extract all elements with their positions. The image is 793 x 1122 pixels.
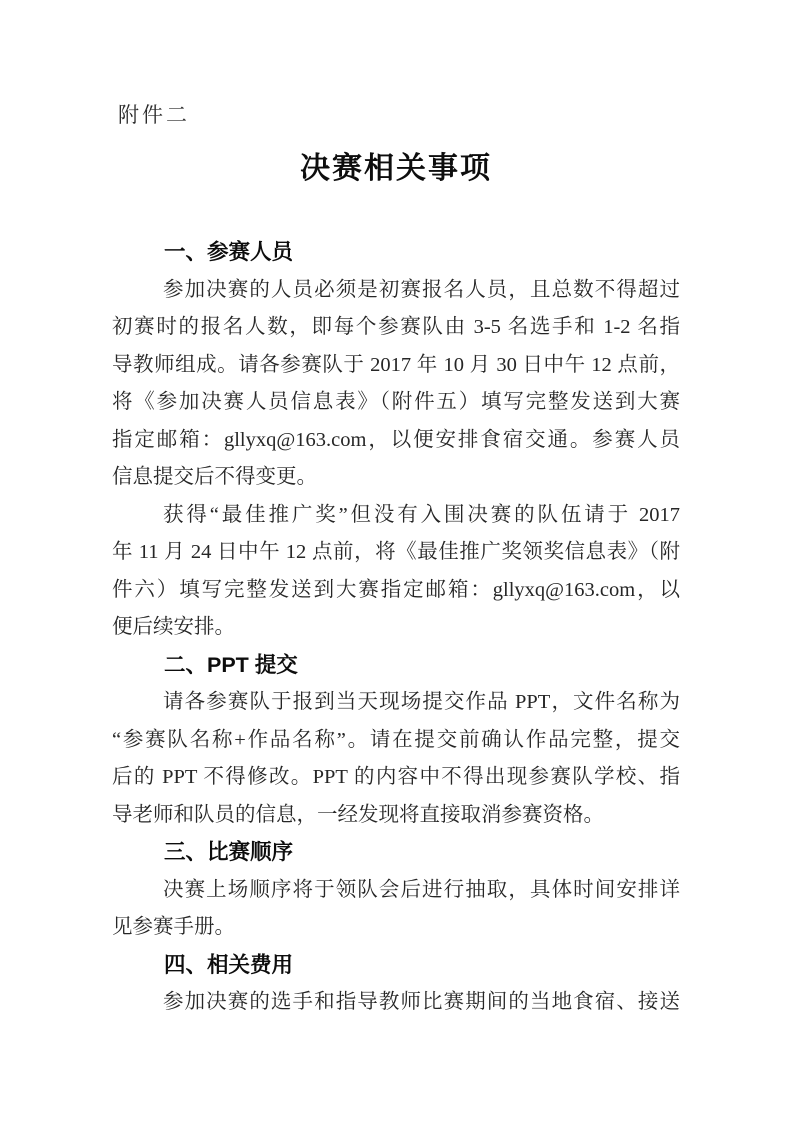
paragraph-line: 见参赛手册。 [112,909,680,947]
paragraph-line: “参赛队名称+作品名称”。请在提交前确认作品完整，提交 [112,722,680,760]
page-title: 决赛相关事项 [112,148,680,190]
paragraph-line: 获得“最佳推广奖”但没有入围决赛的队伍请于 2017 [112,497,680,535]
paragraph-line: 初赛时的报名人数，即每个参赛队由 3-5 名选手和 1-2 名指 [112,309,680,347]
document-body: 一、参赛人员 参加决赛的人员必须是初赛报名人员，且总数不得超过 初赛时的报名人数… [112,234,680,1022]
section-heading-related-fees: 四、相关费用 [112,947,680,985]
paragraph-line: 信息提交后不得变更。 [112,459,680,497]
section-heading-participants: 一、参赛人员 [112,234,680,272]
paragraph-line: 参加决赛的人员必须是初赛报名人员，且总数不得超过 [112,272,680,310]
paragraph-line: 请各参赛队于报到当天现场提交作品 PPT，文件名称为 [112,684,680,722]
paragraph-line: 指定邮箱：gllyxq@163.com，以便安排食宿交通。参赛人员 [112,422,680,460]
attachment-label: 附件二 [118,99,190,129]
paragraph-line: 件六）填写完整发送到大赛指定邮箱：gllyxq@163.com，以 [112,572,680,610]
paragraph-line: 年 11 月 24 日中午 12 点前，将《最佳推广奖领奖信息表》（附 [112,534,680,572]
paragraph-line: 便后续安排。 [112,609,680,647]
section-heading-ppt-submission: 二、PPT 提交 [112,647,680,685]
paragraph-line: 后的 PPT 不得修改。PPT 的内容中不得出现参赛队学校、指 [112,759,680,797]
paragraph-line: 导教师组成。请各参赛队于 2017 年 10 月 30 日中午 12 点前， [112,347,680,385]
document-page: 附件二 决赛相关事项 一、参赛人员 参加决赛的人员必须是初赛报名人员，且总数不得… [0,0,793,1122]
section-heading-competition-order: 三、比赛顺序 [112,834,680,872]
paragraph-line: 决赛上场顺序将于领队会后进行抽取，具体时间安排详 [112,872,680,910]
paragraph-line: 导老师和队员的信息，一经发现将直接取消参赛资格。 [112,797,680,835]
paragraph-line: 将《参加决赛人员信息表》（附件五）填写完整发送到大赛 [112,384,680,422]
paragraph-line: 参加决赛的选手和指导教师比赛期间的当地食宿、接送 [112,984,680,1022]
